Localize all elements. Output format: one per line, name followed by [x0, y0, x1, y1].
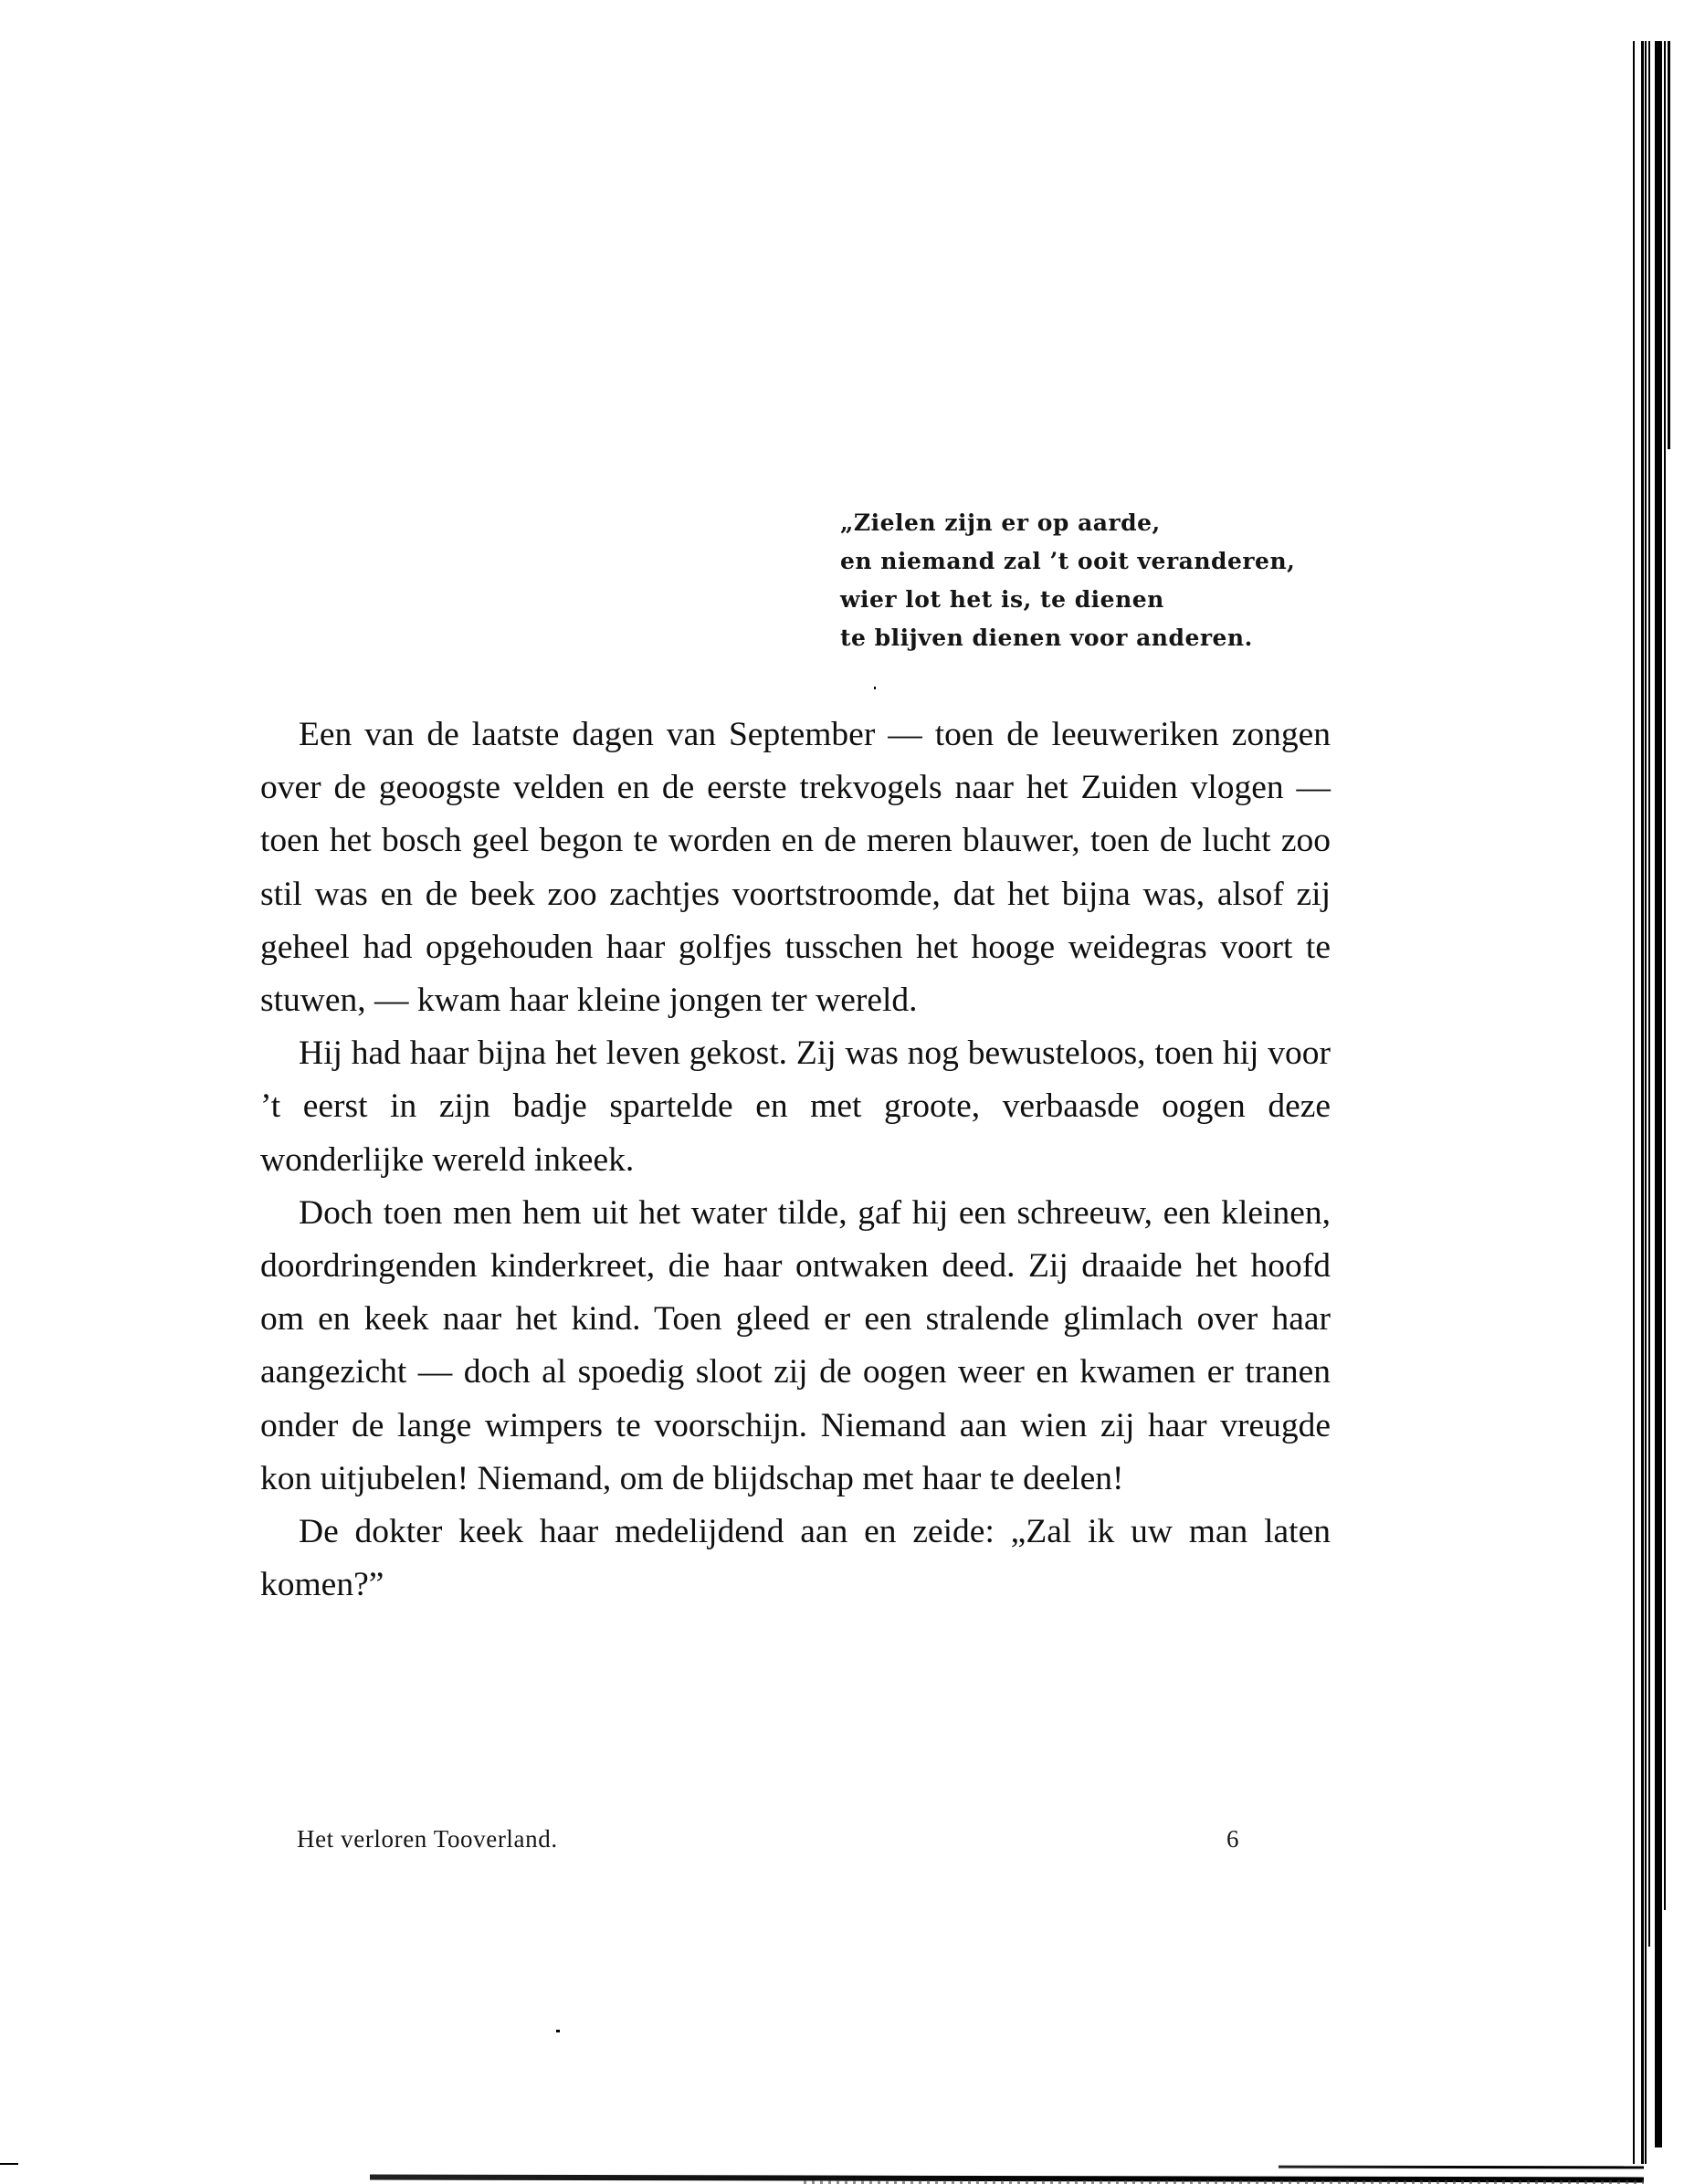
epigraph-line: wier lot het is, te dienen	[840, 581, 1352, 619]
epigraph-line: „Zielen zijn er op aarde,	[840, 504, 1352, 542]
scan-speck	[0, 2163, 18, 2165]
paragraph: Een van de laatste dagen van September —…	[260, 709, 1331, 1027]
scan-noise	[804, 2180, 1644, 2184]
book-page: „Zielen zijn er op aarde, en niemand zal…	[0, 0, 1705, 2184]
page-edge-stripe	[1641, 41, 1644, 2164]
page-edge-stripe	[1645, 41, 1647, 2164]
page-edge-stripe	[1648, 41, 1650, 1947]
paragraph: Hij had haar bijna het leven gekost. Zij…	[260, 1027, 1331, 1187]
signature-mark: 6	[1226, 1823, 1239, 1854]
body-text: Een van de laatste dagen van September —…	[260, 709, 1331, 1612]
scan-speck	[874, 687, 876, 689]
page-edge-stripe	[1668, 41, 1670, 449]
paragraph: De dokter keek haar medelijdend aan en z…	[260, 1506, 1331, 1612]
page-edge-stripe	[1655, 41, 1662, 2147]
page-bottom-edge-inner	[1279, 2166, 1644, 2169]
epigraph-line: te blijven dienen voor anderen.	[840, 619, 1352, 657]
page-edge-stripe	[1633, 41, 1635, 2164]
scan-speck	[556, 2030, 560, 2032]
epigraph-poem: „Zielen zijn er op aarde, en niemand zal…	[840, 504, 1352, 657]
signature-title: Het verloren Tooverland.	[297, 1823, 558, 1854]
paragraph: Doch toen men hem uit het water tilde, g…	[260, 1187, 1331, 1506]
page-edge-stripe	[1664, 41, 1666, 1910]
page-footer: Het verloren Tooverland. 6	[297, 1823, 1247, 1854]
epigraph-line: en niemand zal ’t ooit veranderen,	[840, 542, 1352, 581]
